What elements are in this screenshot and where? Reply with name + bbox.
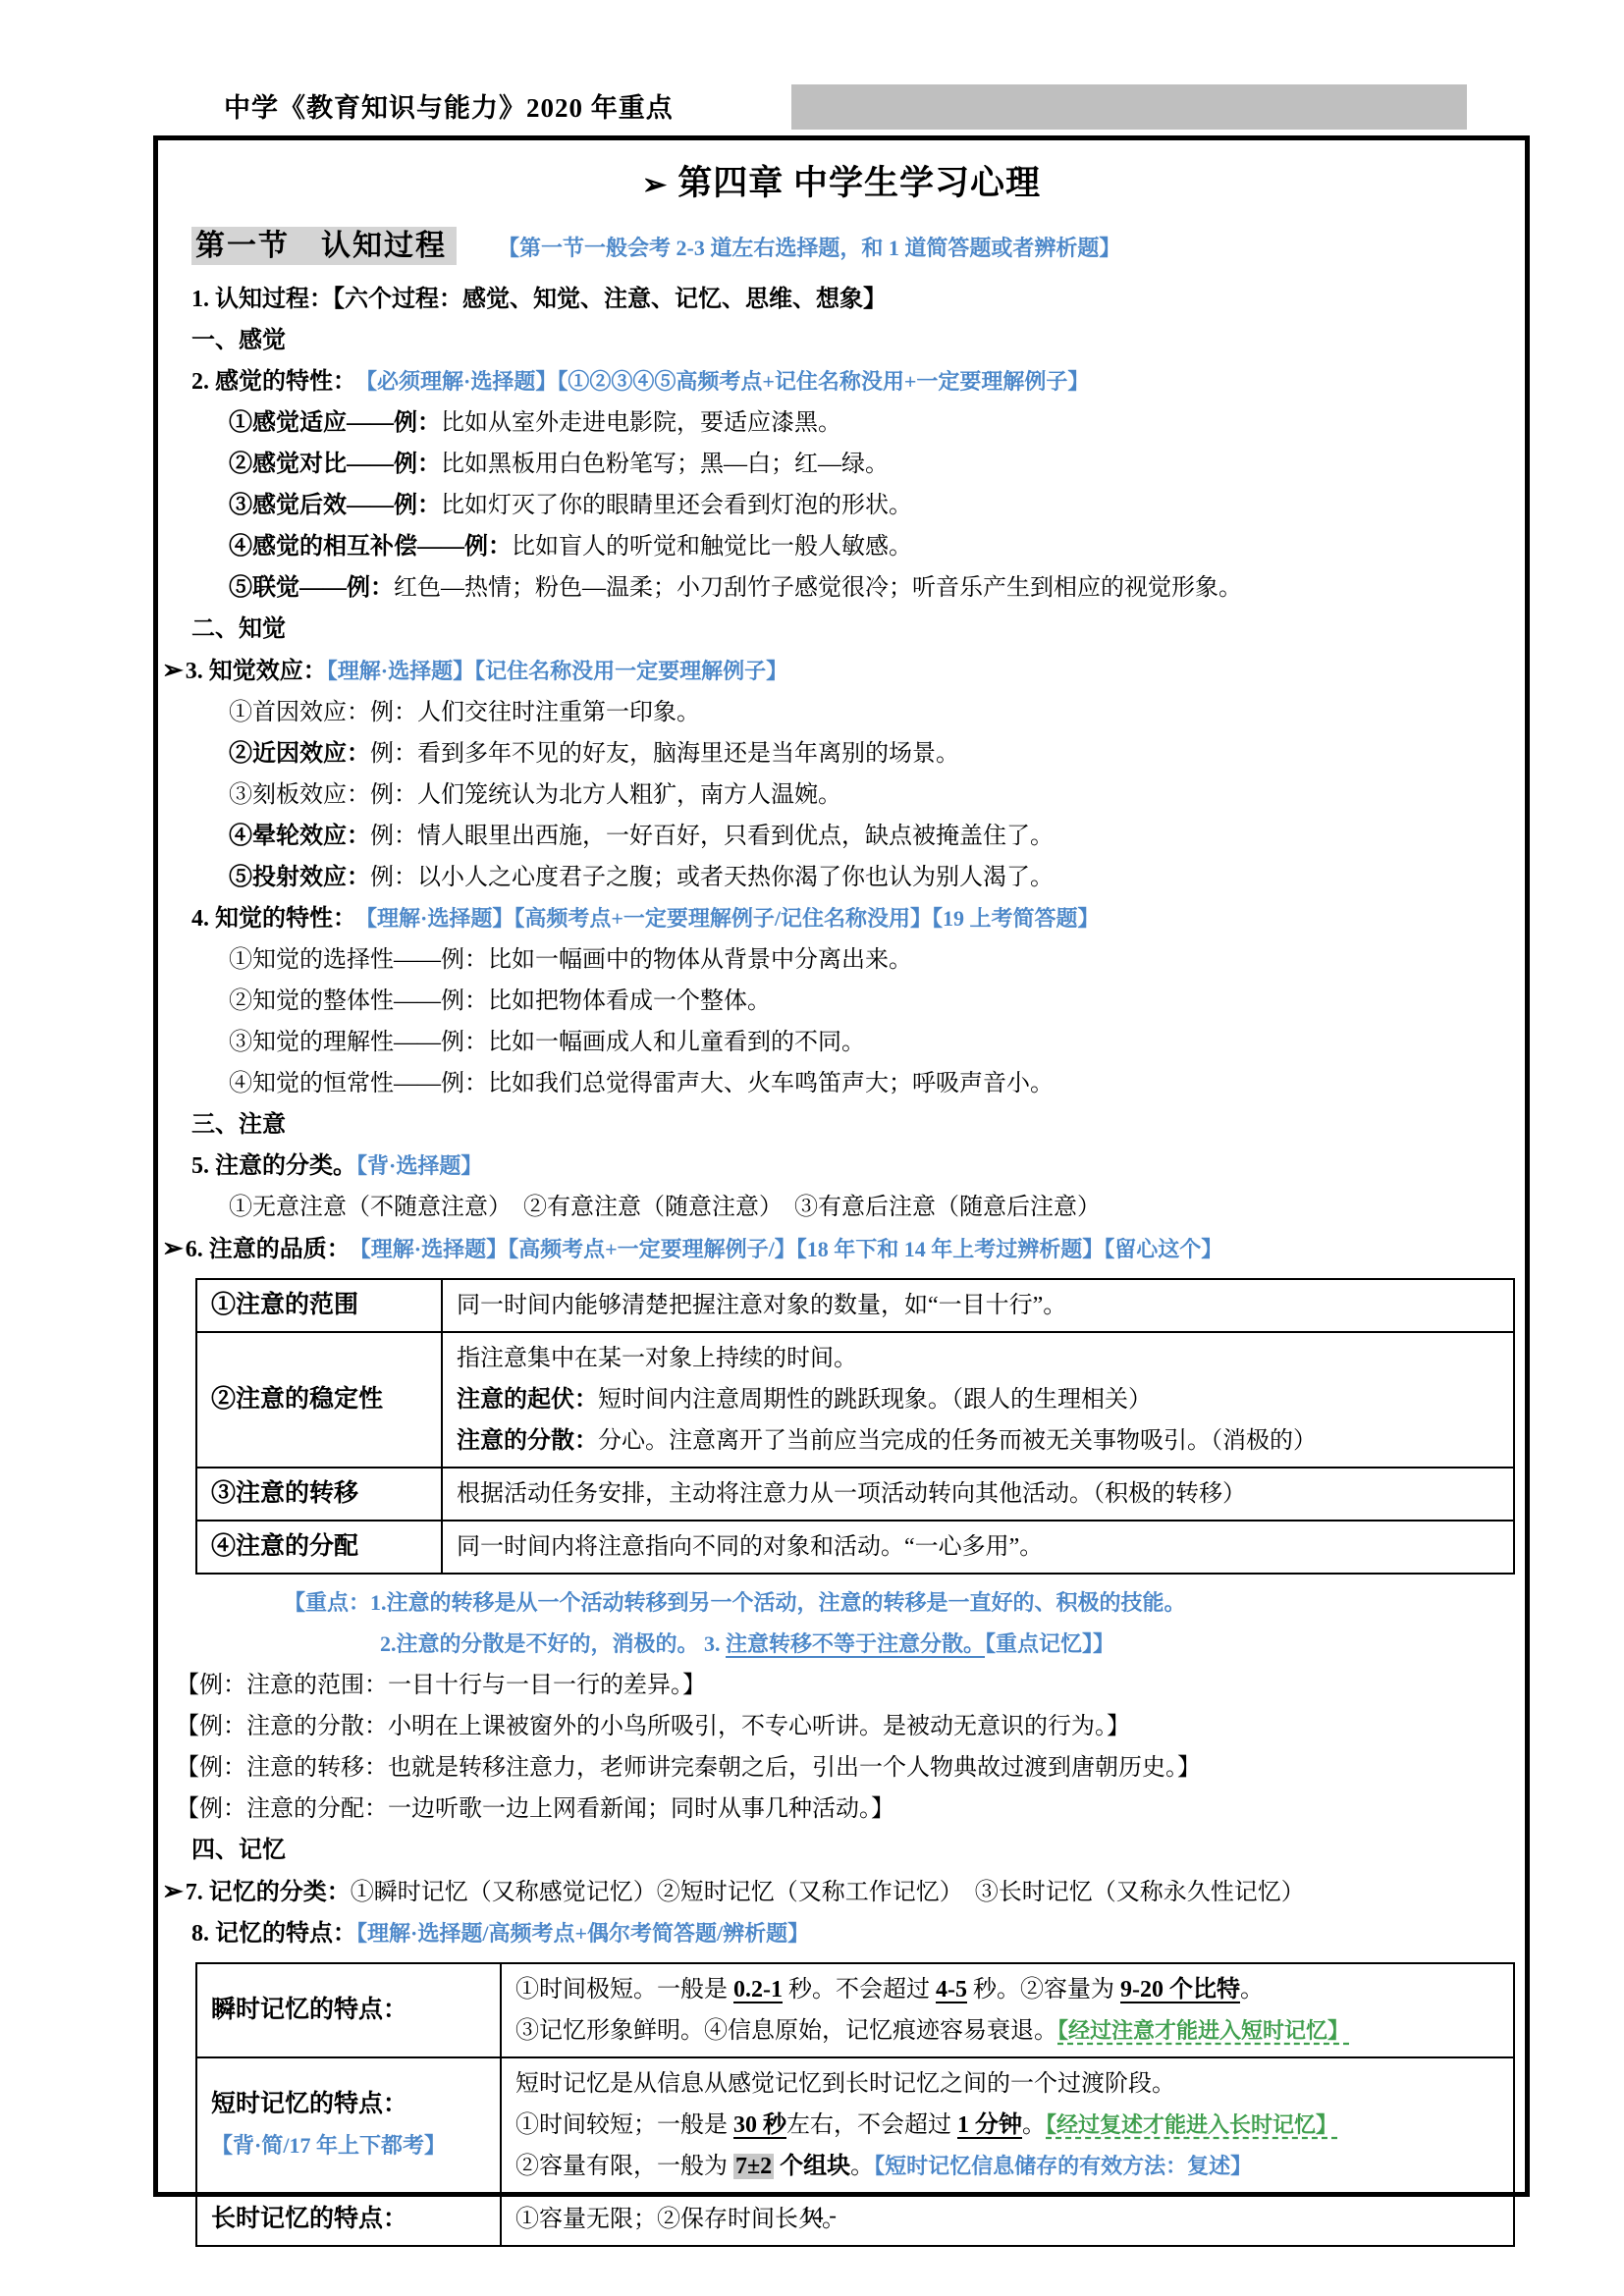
text-line: ③刻板效应：例：人们笼统认为北方人粗犷，南方人温婉。 xyxy=(158,774,1525,816)
chapter-title: ➢第四章 中学生学习心理 xyxy=(158,156,1525,205)
table-row: ③注意的转移根据活动任务安排，主动将注意力从一项活动转向其他活动。（积极的转移） xyxy=(196,1468,1514,1521)
text-segment: ①注意的范围 xyxy=(211,1292,358,1318)
text-segment: 8. 记忆的特点： xyxy=(191,1921,356,1947)
text-segment: 红色—热情；粉色—温柔；小刀刮竹子感觉很冷；听音乐产生到相应的视觉形象。 xyxy=(394,575,1242,601)
text-segment: ②知觉的整体性——例：比如把物体看成一个整体。 xyxy=(229,988,771,1014)
text-segment: 二、知觉 xyxy=(191,616,286,642)
table-cell-line: 注意的起伏：短时间内注意周期性的跳跃现象。（跟人的生理相关） xyxy=(453,1379,1503,1420)
table-content-cell: 同一时间内将注意指向不同的对象和活动。“一心多用”。 xyxy=(442,1521,1514,1574)
table-row: ②注意的稳定性指注意集中在某一对象上持续的时间。注意的起伏：短时间内注意周期性的… xyxy=(196,1332,1514,1468)
table-cell-line: 同一时间内将注意指向不同的对象和活动。“一心多用”。 xyxy=(453,1526,1503,1568)
table-row: 短时记忆的特点：【背·简/17 年上下都考】短时记忆是从信息从感觉记忆到长时记忆… xyxy=(196,2057,1514,2193)
table-cell-line: ③注意的转移 xyxy=(207,1473,431,1515)
arrow-icon: ➢ xyxy=(162,1877,186,1905)
annotation: 【背·选择题】 xyxy=(356,1153,482,1178)
text-segment: 1 分钟 xyxy=(957,2112,1022,2138)
text-segment: 比如灯灭了你的眼睛里还会看到灯泡的形状。 xyxy=(441,493,912,518)
table-header-cell: ④注意的分配 xyxy=(196,1521,442,1574)
table-cell-line: ②注意的稳定性 xyxy=(207,1379,431,1420)
text-segment: 6. 注意的品质： xyxy=(186,1237,339,1262)
table-content-cell: 短时记忆是从信息从感觉记忆到长时记忆之间的一个过渡阶段。①时间较短；一般是 30… xyxy=(501,2057,1514,2193)
text-line: 二、知觉 xyxy=(158,609,1525,650)
text-segment: 指注意集中在某一对象上持续的时间。 xyxy=(457,1346,857,1371)
annotation: 【重点记忆】】 xyxy=(985,1631,1114,1656)
text-segment: 比如盲人的听觉和触觉比一般人敏感。 xyxy=(512,534,912,560)
table-cell-line: 短时记忆是从信息从感觉记忆到长时记忆之间的一个过渡阶段。 xyxy=(512,2063,1503,2105)
text-segment: 。 xyxy=(1240,1977,1264,2002)
table-content-cell: 根据活动任务安排，主动将注意力从一项活动转向其他活动。（积极的转移） xyxy=(442,1468,1514,1521)
text-line: 三、注意 xyxy=(158,1104,1525,1146)
text-line: ②近因效应：例：看到多年不见的好友，脑海里还是当年离别的场景。 xyxy=(158,733,1525,774)
annotation: 【理解·选择题/高频考点+偶尔考简答题/辨析题】 xyxy=(356,1921,809,1946)
text-segment: 。 xyxy=(1022,2112,1046,2138)
annotation: 【经过注意才能进入短时记忆】 xyxy=(1057,2018,1349,2043)
text-segment: ⑤联觉——例： xyxy=(229,575,394,601)
text-segment: 同一时间内将注意指向不同的对象和活动。“一心多用”。 xyxy=(457,1534,1043,1560)
text-line: 2. 感觉的特性： 【必须理解·选择题】【①②③④⑤高频考点+记住名称没用+一定… xyxy=(158,361,1525,402)
table-cell-line: 指注意集中在某一对象上持续的时间。 xyxy=(453,1338,1503,1379)
text-segment: 0.2-1 xyxy=(733,1977,783,2002)
text-line: 【重点：1.注意的转移是从一个活动转移到另一个活动，注意的转移是一直好的、积极的… xyxy=(158,1582,1525,1624)
text-segment: 秒。不会超过 xyxy=(783,1977,936,2002)
text-segment: 四、记忆 xyxy=(191,1838,286,1863)
annotation: 【背·简/17 年上下都考】 xyxy=(211,2133,446,2158)
text-segment: 。 xyxy=(850,2154,874,2179)
annotation: 【理解·选择题】【高频考点+一定要理解例子/记住名称没用】【19 上考简答题】 xyxy=(345,906,1100,931)
table-cell-line: 短时记忆的特点： xyxy=(207,2084,490,2125)
text-segment: 注意的起伏： xyxy=(457,1387,598,1413)
text-segment: 根据活动任务安排，主动将注意力从一项活动转向其他活动。（积极的转移） xyxy=(457,1481,1246,1507)
table-content-cell: 指注意集中在某一对象上持续的时间。注意的起伏：短时间内注意周期性的跳跃现象。（跟… xyxy=(442,1332,1514,1468)
table-header-cell: 瞬时记忆的特点： xyxy=(196,1963,501,2057)
page-footer: - 14 - xyxy=(0,2203,1624,2228)
text-segment: 同一时间内能够清楚把握注意对象的数量，如“一目十行”。 xyxy=(457,1293,1066,1318)
attention-qualities-table: ①注意的范围同一时间内能够清楚把握注意对象的数量，如“一目十行”。②注意的稳定性… xyxy=(195,1278,1515,1575)
text-segment: ①知觉的选择性——例：比如一幅画中的物体从背景中分离出来。 xyxy=(229,947,912,973)
table-content-cell: ①时间极短。一般是 0.2-1 秒。不会超过 4-5 秒。②容量为 9-20 个… xyxy=(501,1963,1514,2057)
text-segment: ④知觉的恒常性——例：比如我们总觉得雷声大、火车鸣笛声大；呼吸声音小。 xyxy=(229,1071,1054,1096)
text-segment: 左右，不会超过 xyxy=(786,2112,957,2138)
text-line: 【例：注意的转移：也就是转移注意力，老师讲完秦朝之后，引出一个人物典故过渡到唐朝… xyxy=(158,1747,1525,1789)
text-segment: 1. 认知过程：【六个过程：感觉、知觉、注意、记忆、思维、想象】 xyxy=(191,287,887,312)
table-header-cell: 短时记忆的特点：【背·简/17 年上下都考】 xyxy=(196,2057,501,2193)
text-line: 四、记忆 xyxy=(158,1830,1525,1871)
text-segment: 比如从室外走进电影院，要适应漆黑。 xyxy=(441,410,841,436)
text-segment: 4. 知觉的特性： xyxy=(191,906,345,932)
header-title: 中学《教育知识与能力》2020 年重点 xyxy=(224,86,674,125)
text-segment: 短时记忆的特点： xyxy=(211,2091,407,2117)
text-line: ④知觉的恒常性——例：比如我们总觉得雷声大、火车鸣笛声大；呼吸声音小。 xyxy=(158,1063,1525,1104)
text-segment: ①时间极短。一般是 xyxy=(515,1977,733,2002)
text-segment: ②感觉对比——例： xyxy=(229,452,441,477)
table-row: ④注意的分配同一时间内将注意指向不同的对象和活动。“一心多用”。 xyxy=(196,1521,1514,1574)
text-line: ⑤投射效应：例：以小人之心度君子之腹；或者天热你渴了你也认为别人渴了。 xyxy=(158,857,1525,898)
annotation: 【短时记忆信息储存的有效方法：复述】 xyxy=(874,2154,1252,2178)
text-segment: ①感觉适应——例： xyxy=(229,410,441,436)
table-cell-line: ①注意的范围 xyxy=(207,1285,431,1326)
text-segment: 短时间内注意周期性的跳跃现象。（跟人的生理相关） xyxy=(598,1387,1152,1413)
table-cell-line: 根据活动任务安排，主动将注意力从一项活动转向其他活动。（积极的转移） xyxy=(453,1473,1503,1515)
text-line: ③感觉后效——例：比如灯灭了你的眼睛里还会看到灯泡的形状。 xyxy=(158,485,1525,526)
text-line: 一、感觉 xyxy=(158,320,1525,361)
text-segment: 2. 感觉的特性： xyxy=(191,369,345,395)
text-line: 【例：注意的分散：小明在上课被窗外的小鸟所吸引，不专心听讲。是被动无意识的行为。… xyxy=(158,1706,1525,1747)
text-segment: 7. 记忆的分类： xyxy=(186,1880,351,1905)
text-segment: ②近因效应： xyxy=(229,741,370,767)
table-content-cell: 同一时间内能够清楚把握注意对象的数量，如“一目十行”。 xyxy=(442,1279,1514,1332)
text-line: ②感觉对比——例：比如黑板用白色粉笔写；黑—白；红—绿。 xyxy=(158,444,1525,485)
text-segment: 短时记忆是从信息从感觉记忆到长时记忆之间的一个过渡阶段。 xyxy=(515,2071,1175,2097)
text-segment: ①首因效应：例：人们交往时注重第一印象。 xyxy=(229,700,700,725)
text-line: 4. 知觉的特性： 【理解·选择题】【高频考点+一定要理解例子/记住名称没用】【… xyxy=(158,898,1525,939)
text-segment: ④注意的分配 xyxy=(211,1533,358,1560)
arrow-icon: ➢ xyxy=(162,1234,186,1262)
document-page: 中学《教育知识与能力》2020 年重点 ➢第四章 中学生学习心理 第一节 认知过… xyxy=(0,0,1624,2296)
text-line: 5. 注意的分类。【背·选择题】 xyxy=(158,1146,1525,1187)
text-segment: 5. 注意的分类。 xyxy=(191,1153,356,1179)
table-header-cell: ②注意的稳定性 xyxy=(196,1332,442,1468)
arrow-icon: ➢ xyxy=(642,169,668,201)
text-line: 【例：注意的分配：一边听歌一边上网看新闻；同时从事几种活动。】 xyxy=(158,1789,1525,1830)
table-cell-line: 同一时间内能够清楚把握注意对象的数量，如“一目十行”。 xyxy=(453,1285,1503,1326)
text-segment: ③记忆形象鲜明。④信息原始，记忆痕迹容易衰退。 xyxy=(515,2018,1057,2044)
table-cell-line: ①时间极短。一般是 0.2-1 秒。不会超过 4-5 秒。②容量为 9-20 个… xyxy=(512,1969,1503,2010)
section-heading-row: 第一节 认知过程【第一节一般会考 2-3 道左右选择题，和 1 道简答题或者辨析… xyxy=(191,225,1525,273)
text-segment: 注意的分散： xyxy=(457,1428,598,1454)
table-row: ①注意的范围同一时间内能够清楚把握注意对象的数量，如“一目十行”。 xyxy=(196,1279,1514,1332)
text-segment: ③刻板效应：例：人们笼统认为北方人粗犷，南方人温婉。 xyxy=(229,782,841,808)
text-segment: ③注意的转移 xyxy=(211,1480,358,1507)
text-line: 1. 认知过程：【六个过程：感觉、知觉、注意、记忆、思维、想象】 xyxy=(158,279,1525,320)
table-cell-line: ②容量有限，一般为 7±2 个组块。【短时记忆信息储存的有效方法：复述】 xyxy=(512,2146,1503,2187)
annotation: 【重点：1.注意的转移是从一个活动转移到另一个活动，注意的转移是一直好的、积极的… xyxy=(284,1590,1186,1615)
text-line: 2.注意的分散是不好的，消极的。 3. 注意转移不等于注意分散。【重点记忆】】 xyxy=(158,1624,1525,1665)
text-segment: 【例：注意的分配：一边听歌一边上网看新闻；同时从事几种活动。】 xyxy=(176,1796,894,1822)
table-cell-line: ①时间较短；一般是 30 秒左右，不会超过 1 分钟。【经过复述才能进入长时记忆… xyxy=(512,2105,1503,2146)
text-segment: 【例：注意的范围：一目十行与一目一行的差异。】 xyxy=(176,1673,706,1698)
annotation: 【经过复述才能进入长时记忆】 xyxy=(1046,2112,1337,2137)
text-line: ①感觉适应——例：比如从室外走进电影院，要适应漆黑。 xyxy=(158,402,1525,444)
text-segment: ④感觉的相互补偿——例： xyxy=(229,534,512,560)
numbered-heading: ➢6. 注意的品质： 【理解·选择题】【高频考点+一定要理解例子/】【18 年下… xyxy=(158,1228,1525,1270)
text-line: ④感觉的相互补偿——例：比如盲人的听觉和触觉比一般人敏感。 xyxy=(158,526,1525,567)
text-segment: 9-20 个比特 xyxy=(1120,1977,1240,2002)
text-segment: ②容量有限，一般为 xyxy=(515,2154,733,2179)
text-line: ④晕轮效应：例：情人眼里出西施，一好百好，只看到优点，缺点被掩盖住了。 xyxy=(158,816,1525,857)
text-segment: 分心。注意离开了当前应当完成的任务而被无关事物吸引。（消极的） xyxy=(598,1428,1317,1454)
annotation: 【理解·选择题】【记住名称没用一定要理解例子】 xyxy=(327,659,787,683)
text-segment: 4-5 xyxy=(936,1977,967,2002)
document-body: 1. 认知过程：【六个过程：感觉、知觉、注意、记忆、思维、想象】一、感觉2. 感… xyxy=(158,279,1525,2247)
text-segment: 【例：注意的分散：小明在上课被窗外的小鸟所吸引，不专心听讲。是被动无意识的行为。… xyxy=(176,1714,1130,1739)
table-row: 瞬时记忆的特点：①时间极短。一般是 0.2-1 秒。不会超过 4-5 秒。②容量… xyxy=(196,1963,1514,2057)
text-segment: ①时间较短；一般是 xyxy=(515,2112,733,2138)
text-segment: ②注意的稳定性 xyxy=(211,1386,383,1413)
text-segment: 30 秒 xyxy=(733,2112,786,2138)
text-line: ①知觉的选择性——例：比如一幅画中的物体从背景中分离出来。 xyxy=(158,939,1525,981)
table-cell-line: 【背·简/17 年上下都考】 xyxy=(207,2125,490,2166)
annotation: 【理解·选择题】【高频考点+一定要理解例子/】【18 年下和 14 年上考过辨析… xyxy=(339,1237,1223,1261)
annotation: 【必须理解·选择题】【①②③④⑤高频考点+记住名称没用+一定要理解例子】 xyxy=(345,369,1089,394)
annotation: 2.注意的分散是不好的，消极的。 3. xyxy=(380,1631,726,1656)
text-segment: ⑤投射效应： xyxy=(229,865,370,890)
text-segment: 三、注意 xyxy=(191,1112,286,1138)
page-number: - 14 - xyxy=(787,2203,837,2227)
text-segment: 7±2 xyxy=(733,2154,774,2179)
text-segment: ③知觉的理解性——例：比如一幅画成人和儿童看到的不同。 xyxy=(229,1030,865,1055)
section-note: 【第一节一般会考 2-3 道左右选择题，和 1 道简答题或者辨析题】 xyxy=(498,236,1120,260)
text-segment: 个组块 xyxy=(774,2154,850,2179)
table-header-cell: ①注意的范围 xyxy=(196,1279,442,1332)
header-bar xyxy=(791,84,1467,130)
annotation: 注意转移不等于注意分散。 xyxy=(726,1631,985,1656)
text-segment: 例：以小人之心度君子之腹；或者天热你渴了你也认为别人渴了。 xyxy=(370,865,1054,890)
text-segment: 【例：注意的转移：也就是转移注意力，老师讲完秦朝之后，引出一个人物典故过渡到唐朝… xyxy=(176,1755,1201,1781)
text-segment: 例：情人眼里出西施，一好百好，只看到优点，缺点被掩盖住了。 xyxy=(370,824,1054,849)
text-line: ①无意注意（不随意注意） ②有意注意（随意注意） ③有意后注意（随意后注意） xyxy=(158,1187,1525,1228)
text-line: ③知觉的理解性——例：比如一幅画成人和儿童看到的不同。 xyxy=(158,1022,1525,1063)
text-segment: ①瞬时记忆（又称感觉记忆）②短时记忆（又称工作记忆） ③长时记忆（又称永久性记忆… xyxy=(351,1880,1305,1905)
content-box: ➢第四章 中学生学习心理 第一节 认知过程【第一节一般会考 2-3 道左右选择题… xyxy=(153,135,1530,2197)
text-segment: 比如黑板用白色粉笔写；黑—白；红—绿。 xyxy=(441,452,889,477)
numbered-heading: ➢7. 记忆的分类：①瞬时记忆（又称感觉记忆）②短时记忆（又称工作记忆） ③长时… xyxy=(158,1871,1525,1913)
text-line: 【例：注意的范围：一目十行与一目一行的差异。】 xyxy=(158,1665,1525,1706)
chapter-title-text: 第四章 中学生学习心理 xyxy=(677,164,1041,202)
text-segment: 例：看到多年不见的好友，脑海里还是当年离别的场景。 xyxy=(370,741,959,767)
text-line: ②知觉的整体性——例：比如把物体看成一个整体。 xyxy=(158,981,1525,1022)
text-segment: 秒。②容量为 xyxy=(967,1977,1120,2002)
arrow-icon: ➢ xyxy=(162,656,186,684)
text-line: ⑤联觉——例：红色—热情；粉色—温柔；小刀刮竹子感觉很冷；听音乐产生到相应的视觉… xyxy=(158,567,1525,609)
text-segment: ③感觉后效——例： xyxy=(229,493,441,518)
section-heading: 第一节 认知过程 xyxy=(191,227,457,265)
numbered-heading: ➢3. 知觉效应：【理解·选择题】【记住名称没用一定要理解例子】 xyxy=(158,650,1525,692)
text-segment: 瞬时记忆的特点： xyxy=(211,1997,407,2023)
text-segment: 一、感觉 xyxy=(191,328,286,353)
text-segment: 3. 知觉效应： xyxy=(186,659,327,684)
table-cell-line: 瞬时记忆的特点： xyxy=(207,1990,490,2031)
table-cell-line: 注意的分散：分心。注意离开了当前应当完成的任务而被无关事物吸引。（消极的） xyxy=(453,1420,1503,1462)
table-header-cell: ③注意的转移 xyxy=(196,1468,442,1521)
text-segment: ①无意注意（不随意注意） ②有意注意（随意注意） ③有意后注意（随意后注意） xyxy=(229,1195,1101,1220)
table-cell-line: ③记忆形象鲜明。④信息原始，记忆痕迹容易衰退。【经过注意才能进入短时记忆】 xyxy=(512,2010,1503,2052)
text-line: 8. 记忆的特点：【理解·选择题/高频考点+偶尔考简答题/辨析题】 xyxy=(158,1913,1525,1954)
text-segment: ④晕轮效应： xyxy=(229,824,370,849)
table-cell-line: ④注意的分配 xyxy=(207,1526,431,1568)
text-line: ①首因效应：例：人们交往时注重第一印象。 xyxy=(158,692,1525,733)
